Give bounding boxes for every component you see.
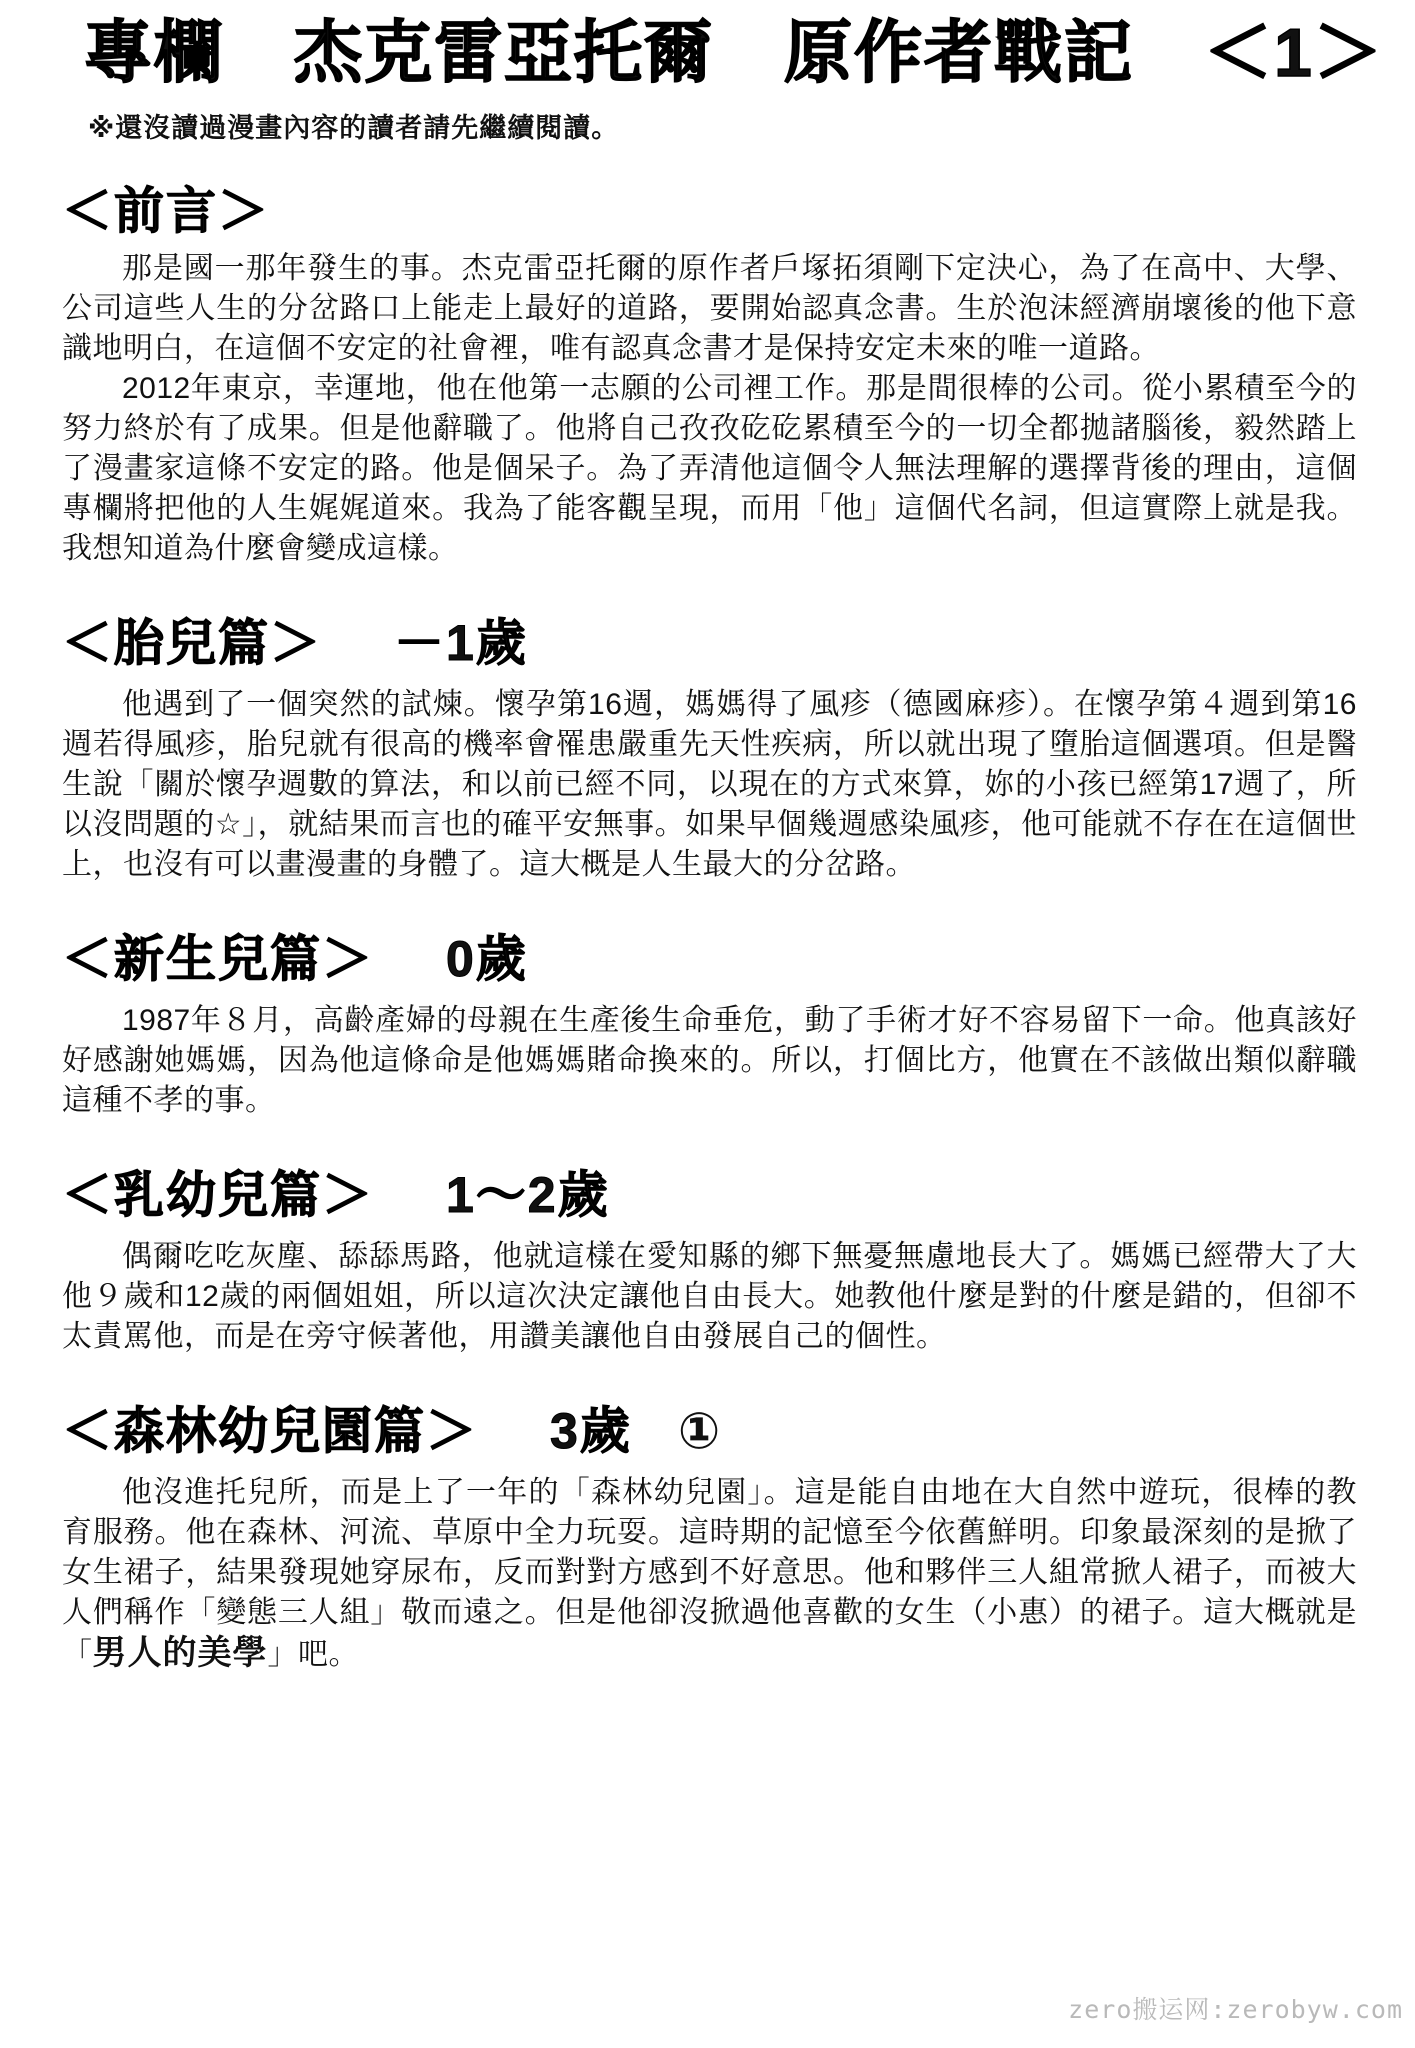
section-heading: ＜胎兒篇＞ －1歲 xyxy=(62,603,1357,675)
section-fetus: ＜胎兒篇＞ －1歲 他遇到了一個突然的試煉。懷孕第16週，媽媽得了風疹（德國麻疹… xyxy=(62,603,1357,885)
section-body: 偶爾吃吃灰塵、舔舔馬路，他就這樣在愛知縣的鄉下無憂無慮地長大了。媽媽已經帶大了大… xyxy=(62,1237,1357,1357)
section-body: 1987年８月，高齡產婦的母親在生產後生命垂危，動了手術才好不容易留下一命。他真… xyxy=(62,1001,1357,1121)
site-watermark: zero搬运网:zerobyw.com xyxy=(1068,1990,1403,2026)
section-heading-text: ＜新生兒篇＞ xyxy=(62,919,374,991)
section-age-label: 1～2歲 xyxy=(446,1155,610,1227)
section-age-label: 0歲 xyxy=(446,919,528,991)
section-age-label: 3歲 xyxy=(550,1391,632,1463)
paragraph: 1987年８月，高齡產婦的母親在生產後生命垂危，動了手術才好不容易留下一命。他真… xyxy=(62,1001,1357,1121)
section-heading-text: ＜前言＞ xyxy=(62,171,270,243)
paragraph-text: 」吧。 xyxy=(268,1638,360,1671)
section-heading: ＜乳幼兒篇＞ 1～2歲 xyxy=(62,1155,1357,1227)
document-page: 專欄 杰克雷亞托爾 原作者戰記 ＜1＞ ※還沒讀過漫畫內容的讀者請先繼續閱讀。 … xyxy=(0,0,1415,2048)
paragraph: 他遇到了一個突然的試煉。懷孕第16週，媽媽得了風疹（德國麻疹）。在懷孕第４週到第… xyxy=(62,685,1357,885)
paragraph: 2012年東京，幸運地，他在他第一志願的公司裡工作。那是間很棒的公司。從小累積至… xyxy=(62,369,1357,569)
section-body: 他遇到了一個突然的試煉。懷孕第16週，媽媽得了風疹（德國麻疹）。在懷孕第４週到第… xyxy=(62,685,1357,885)
section-body: 他沒進托兒所，而是上了一年的「森林幼兒園」。這是能自由地在大自然中遊玩，很棒的教… xyxy=(62,1473,1357,1675)
section-heading: ＜前言＞ xyxy=(62,171,1357,243)
reader-notice: ※還沒讀過漫畫內容的讀者請先繼續閱讀。 xyxy=(88,106,1357,145)
paragraph: 偶爾吃吃灰塵、舔舔馬路，他就這樣在愛知縣的鄉下無憂無慮地長大了。媽媽已經帶大了大… xyxy=(62,1237,1357,1357)
section-heading-text: ＜胎兒篇＞ xyxy=(62,603,322,675)
circled-one-badge: ① xyxy=(678,1402,722,1460)
section-heading-text: ＜森林幼兒園篇＞ xyxy=(62,1391,478,1463)
paragraph: 他沒進托兒所，而是上了一年的「森林幼兒園」。這是能自由地在大自然中遊玩，很棒的教… xyxy=(62,1473,1357,1675)
section-heading: ＜新生兒篇＞ 0歲 xyxy=(62,919,1357,991)
emphasis-text: 男人的美學 xyxy=(93,1634,268,1672)
section-heading-text: ＜乳幼兒篇＞ xyxy=(62,1155,374,1227)
section-body: 那是國一那年發生的事。杰克雷亞托爾的原作者戶塚拓須剛下定決心，為了在高中、大學、… xyxy=(62,249,1357,569)
paragraph: 那是國一那年發生的事。杰克雷亞托爾的原作者戶塚拓須剛下定決心，為了在高中、大學、… xyxy=(62,249,1357,369)
section-infant: ＜乳幼兒篇＞ 1～2歲 偶爾吃吃灰塵、舔舔馬路，他就這樣在愛知縣的鄉下無憂無慮地… xyxy=(62,1155,1357,1357)
section-heading: ＜森林幼兒園篇＞ 3歲 ① xyxy=(62,1391,1357,1463)
section-newborn: ＜新生兒篇＞ 0歲 1987年８月，高齡產婦的母親在生產後生命垂危，動了手術才好… xyxy=(62,919,1357,1121)
section-forest-kindergarten: ＜森林幼兒園篇＞ 3歲 ① 他沒進托兒所，而是上了一年的「森林幼兒園」。這是能自… xyxy=(62,1391,1357,1675)
page-title: 專欄 杰克雷亞托爾 原作者戰記 ＜1＞ xyxy=(84,14,1357,92)
section-preface: ＜前言＞ 那是國一那年發生的事。杰克雷亞托爾的原作者戶塚拓須剛下定決心，為了在高… xyxy=(62,171,1357,569)
section-age-label: －1歲 xyxy=(394,603,528,675)
